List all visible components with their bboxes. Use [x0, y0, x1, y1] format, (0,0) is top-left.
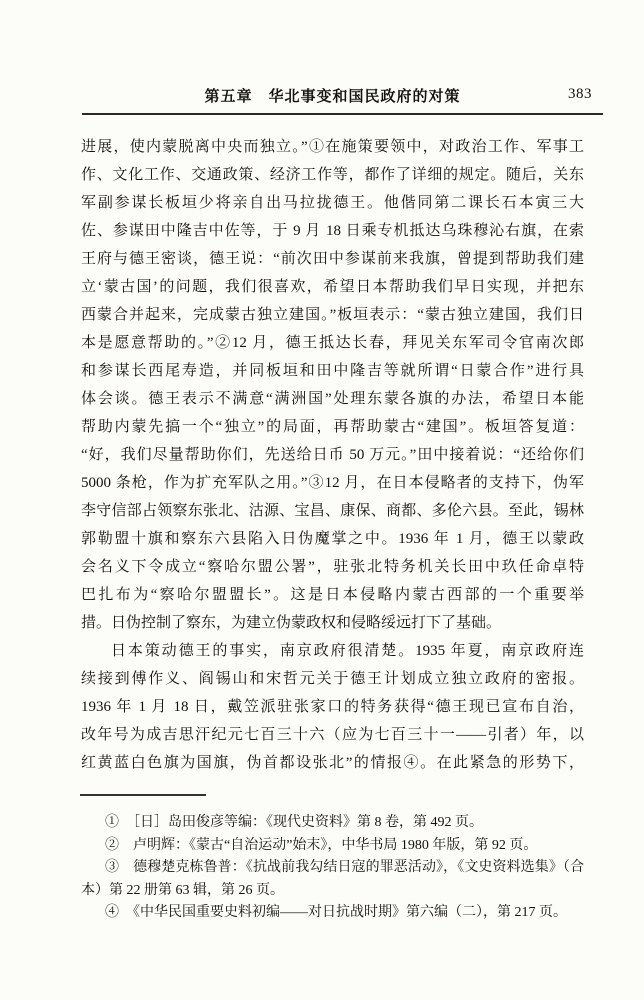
body-line: 5000 条枪，作为扩充军队之用。”③12 月，在日本侵略者的支持下，伪军	[81, 469, 584, 497]
body-line: 红黄蓝白色旗为国旗，伪首都设张北”的情报④。在此紧急的形势下，	[81, 749, 584, 777]
footnotes: ① ［日］岛田俊彦等编：《现代史资料》第 8 卷，第 492 页。② 卢明辉：《…	[81, 812, 584, 925]
body-text: 进展，使内蒙脱离中央而独立。”①在施策要领中，对政治工作、军事工作、文化工作、交…	[81, 133, 584, 777]
footnote-line: ③ 德穆楚克栋鲁普：《抗战前我勾结日寇的罪恶活动》，《文史资料选集》（合订	[81, 857, 584, 880]
footnote-line: 本）第 22 册第 63 辑，第 26 页。	[81, 880, 584, 903]
body-line: 改年号为成吉思汗纪元七百三十六（应为七百三十一——引者）年，以	[81, 721, 584, 749]
body-line: 1936 年 1 月 18 日，戴笠派驻张家口的特务获得“德王现已宣布自治，	[81, 693, 584, 721]
body-line: 续接到傅作义、阎锡山和宋哲元关于德王计划成立独立政府的密报。	[81, 665, 584, 693]
page-number: 383	[440, 86, 592, 103]
body-line: 西蒙合并起来，完成蒙古独立建国。”板垣表示：“蒙古独立建国，我们日	[81, 301, 584, 329]
body-line: 郭勒盟十旗和察东六县陷入日伪魔掌之中。1936 年 1 月，德王以蒙政	[81, 525, 584, 553]
body-line: 佐、参谋田中隆吉中佐等，于 9 月 18 日乘专机抵达乌珠穆沁右旗，在索	[81, 217, 584, 245]
footnote-separator	[80, 794, 206, 796]
footnote-line: ① ［日］岛田俊彦等编：《现代史资料》第 8 卷，第 492 页。	[81, 812, 584, 835]
footnote-line: ② 卢明辉：《蒙古“自治运动”始末》，中华书局 1980 年版，第 92 页。	[81, 835, 584, 858]
body-line: 李守信部占领察东张北、沽源、宝昌、康保、商都、多伦六县。至此，锡林	[81, 497, 584, 525]
body-line: 军副参谋长板垣少将亲自出马拉拢德王。他偕同第二课长石本寅三大	[81, 189, 584, 217]
body-line: 进展，使内蒙脱离中央而独立。”①在施策要领中，对政治工作、军事工	[81, 133, 584, 161]
body-line: “好，我们尽量帮助你们，先送给日币 50 万元。”田中接着说：“还给你们	[81, 441, 584, 469]
footnote-line: ④ 《中华民国重要史料初编——对日抗战时期》第六编（二），第 217 页。	[81, 902, 584, 925]
body-line: 体会谈。德王表示不满意“满洲国”处理东蒙各旗的办法，希望日本能	[81, 385, 584, 413]
body-line: 会名义下令成立“察哈尔盟公署”，驻张北特务机关长田中玖任命卓特	[81, 553, 584, 581]
header-rule	[82, 113, 603, 115]
body-line: 王府与德王密谈，德王说：“前次田中参谋前来我旗，曾提到帮助我们建	[81, 245, 584, 273]
body-line: 和参谋长西尾寿造，并同板垣和田中隆吉等就所谓“日蒙合作”进行具	[81, 357, 584, 385]
body-line: 措。日伪控制了察东，为建立伪蒙政权和侵略绥远打下了基础。	[81, 609, 584, 637]
body-line: 日本策动德王的事实，南京政府很清楚。1935 年夏，南京政府连	[81, 637, 584, 665]
book-page: 第五章 华北事变和国民政府的对策 383 进展，使内蒙脱离中央而独立。”①在施策…	[0, 0, 644, 1000]
body-line: 帮助内蒙先搞一个“独立”的局面，再帮助蒙古“建国”。板垣答复道：	[81, 413, 584, 441]
body-line: 作、文化工作、交通政策、经济工作等，都作了详细的规定。随后，关东	[81, 161, 584, 189]
body-line: 本是愿意帮助的。”②12 月，德王抵达长春，拜见关东军司令官南次郎	[81, 329, 584, 357]
body-line: 立‘蒙古国’的问题，我们很喜欢，希望日本帮助我们早日实现，并把东	[81, 273, 584, 301]
body-line: 巴扎布为“察哈尔盟盟长”。这是日本侵略内蒙古西部的一个重要举	[81, 581, 584, 609]
